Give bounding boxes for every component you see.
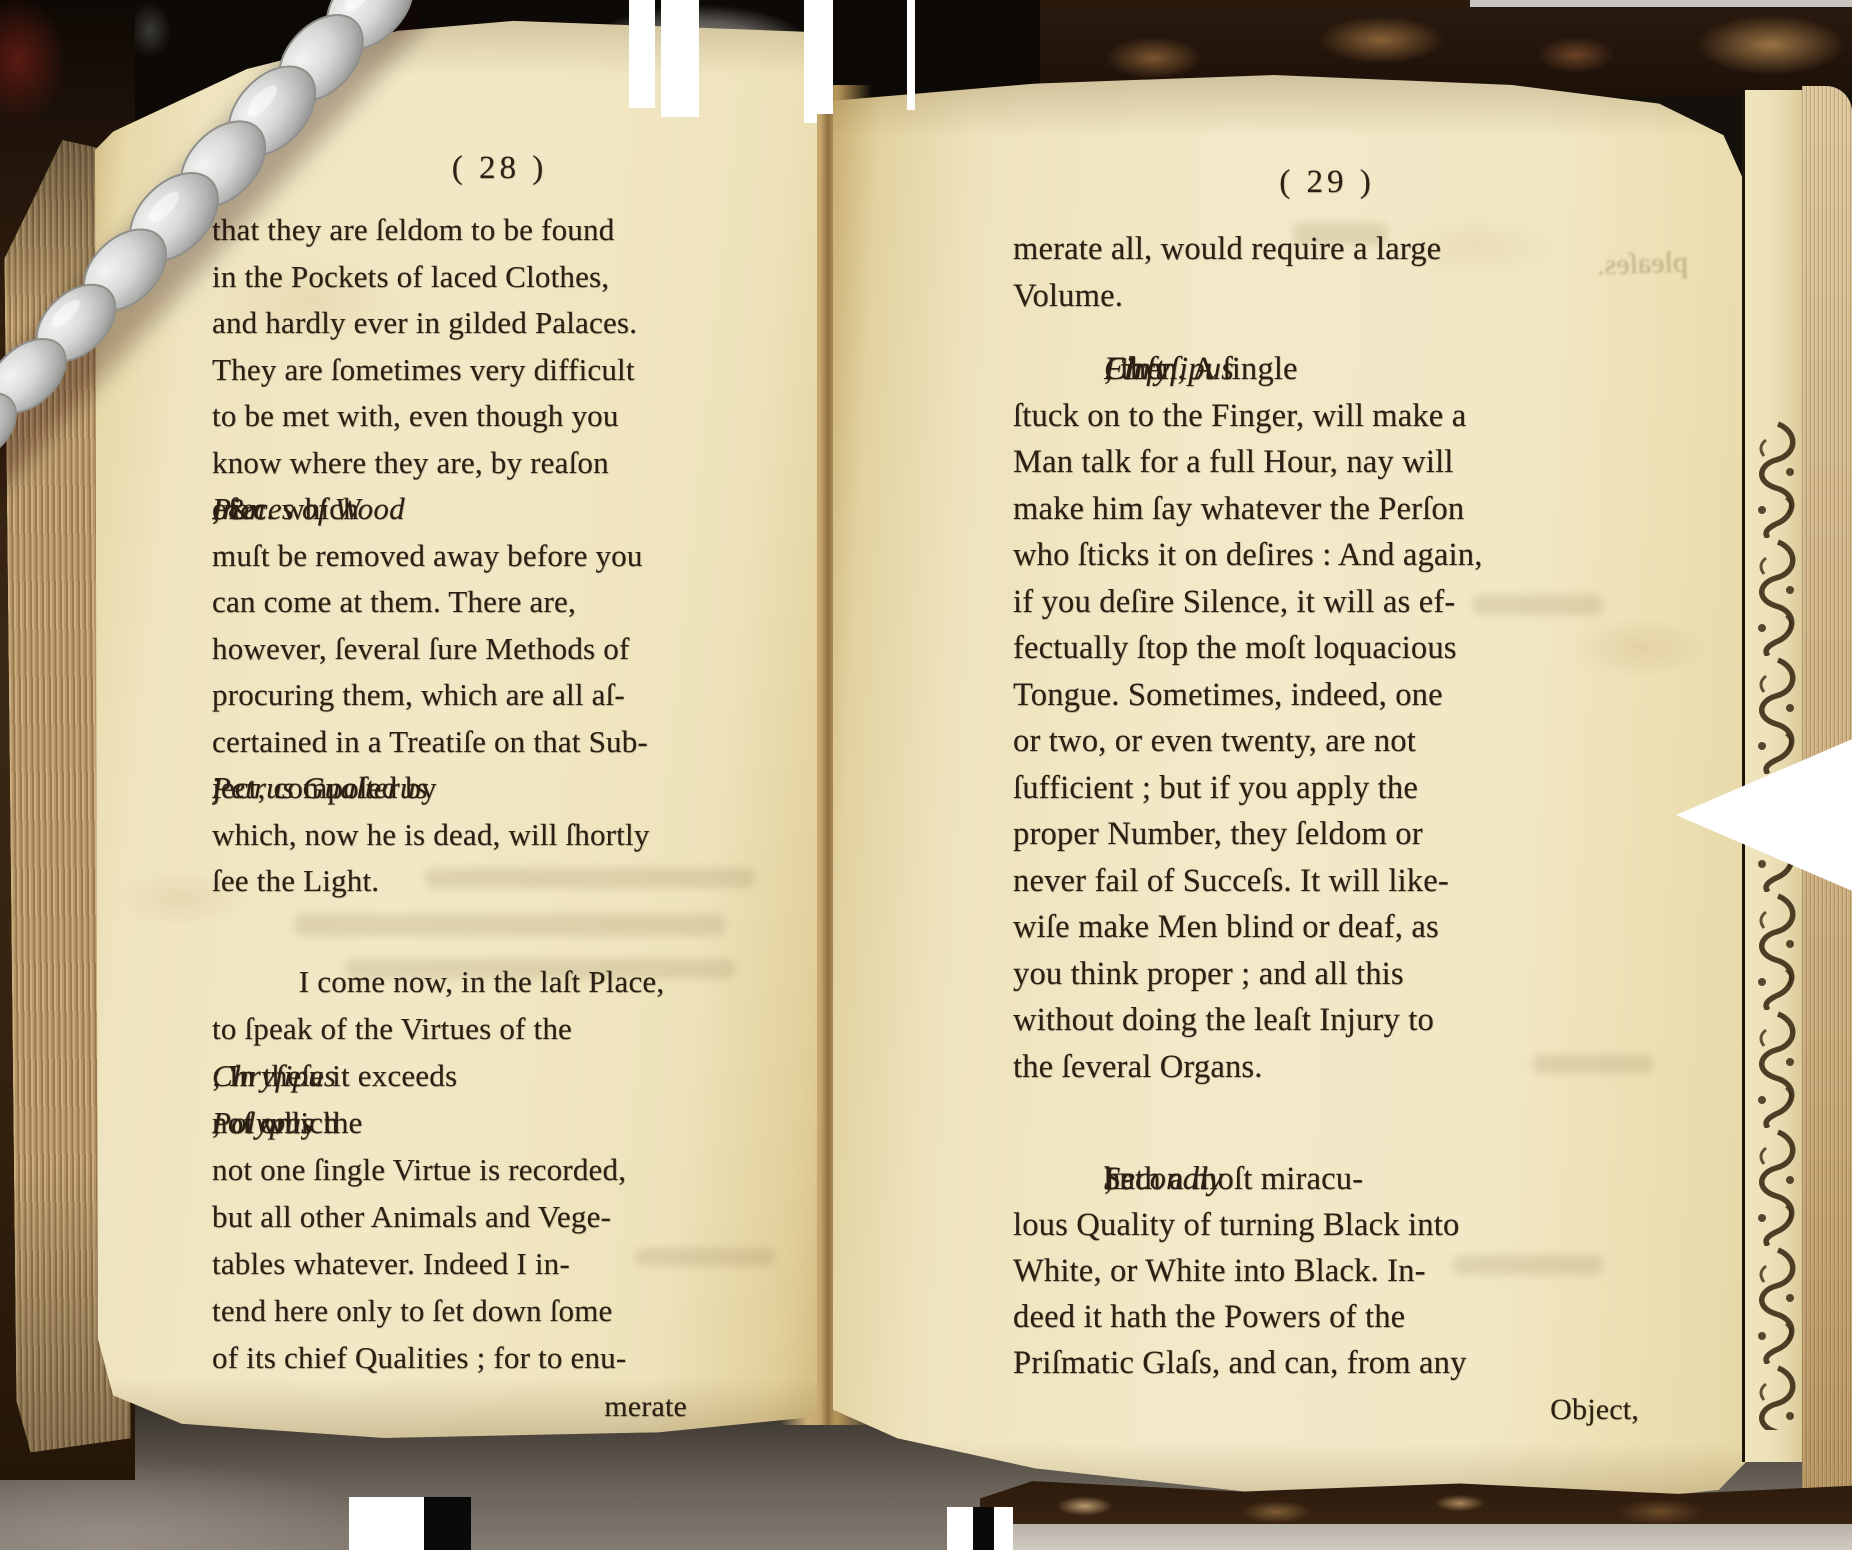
scan-artifact-white bbox=[349, 1497, 424, 1550]
fore-edge-ornament-border bbox=[1750, 420, 1800, 1430]
page-number-right: ( 29 ) bbox=[1013, 162, 1641, 206]
text-line: not one ſingle Virtue is recorded, bbox=[212, 1146, 787, 1193]
scan-artifact-white bbox=[804, 114, 817, 123]
paragraph: Secondly, It hath a moſt miracu-lous Qua… bbox=[1013, 1156, 1641, 1386]
text-line: to ſpeak of the Virtues of the bbox=[212, 1005, 787, 1052]
table-surface-strip bbox=[980, 1524, 1852, 1550]
paragraph: I come now, in the laſt Place,to ſpeak o… bbox=[212, 958, 787, 1381]
text-line: the ſeveral Organs. bbox=[1013, 1044, 1641, 1091]
text-column: merate all, would require a largeVolume.… bbox=[1013, 226, 1641, 1386]
text-line: Volume. bbox=[1013, 273, 1641, 320]
text-line: Firſt, then, A ſingle Chryſipus bbox=[1013, 346, 1641, 393]
text-line: ſtuck on to the Finger, will make a bbox=[1013, 393, 1641, 440]
text-line: tables whatever. Indeed I in- bbox=[212, 1240, 787, 1287]
text-line: merate all, would require a large bbox=[1013, 226, 1641, 273]
scan-artifact-white bbox=[629, 0, 655, 108]
scan-artifact-white bbox=[907, 0, 915, 110]
scan-artifact-white bbox=[661, 0, 699, 117]
right-page: pleaſes. ( 29 ) merate all, would requir… bbox=[833, 75, 1751, 1507]
bookmark-cord bbox=[0, 0, 475, 530]
text-line: Tongue. Sometimes, indeed, one bbox=[1013, 672, 1641, 719]
text-line: or two, or even twenty, are not bbox=[1013, 718, 1641, 765]
scan-edge-highlight bbox=[1470, 0, 1852, 7]
text-line: ſee the Light. bbox=[212, 858, 787, 905]
text-line: deed it hath the Powers of the bbox=[1013, 1294, 1641, 1340]
text-line: ject, compoſed by Petrus Gualterus, bbox=[212, 765, 787, 812]
text-line: which, now he is dead, will ſhortly bbox=[212, 812, 787, 859]
text-line: certained in a Treatiſe on that Sub- bbox=[212, 719, 787, 766]
text-line: but all other Animals and Vege- bbox=[212, 1193, 787, 1240]
text-line: fectually ſtop the moſt loquacious bbox=[1013, 625, 1641, 672]
text-line: Chryſipus ; In theſe it exceeds bbox=[212, 1052, 787, 1099]
text-line: Priſmatic Glaſs, and can, from any bbox=[1013, 1340, 1641, 1386]
text-line: of its chief Qualities ; for to enu- bbox=[212, 1334, 787, 1381]
text-line: procuring them, which are all aſ- bbox=[212, 672, 787, 719]
catchword-left: merate bbox=[212, 1387, 787, 1427]
scan-artifact-white bbox=[804, 0, 833, 114]
text-line: however, ſeveral ſure Methods of bbox=[212, 626, 787, 673]
scan-artifact-white bbox=[947, 1507, 973, 1550]
text-line: muſt be removed away before you bbox=[212, 533, 787, 580]
text-line: ſufficient ; but if you apply the bbox=[1013, 765, 1641, 812]
scan-artifact-black bbox=[973, 1507, 994, 1550]
text-line: you think proper ; and all this bbox=[1013, 951, 1641, 998]
text-line: Secondly, It hath a moſt miracu- bbox=[1013, 1156, 1641, 1202]
text-line: if you deſire Silence, it will as ef- bbox=[1013, 579, 1641, 626]
text-line: tend here only to ſet down ſome bbox=[212, 1287, 787, 1334]
scan-artifact-white bbox=[994, 1507, 1013, 1550]
scan-artifact-black bbox=[424, 1497, 471, 1550]
text-line: not only the Polypus, of which bbox=[212, 1099, 787, 1146]
text-line: can come at them. There are, bbox=[212, 579, 787, 626]
text-line: never fail of Succeſs. It will like- bbox=[1013, 858, 1641, 905]
book-scan-photo: ( 28 ) that they are ſeldom to be foundi… bbox=[0, 0, 1852, 1550]
text-line: White, or White into Black. In- bbox=[1013, 1248, 1641, 1294]
paragraph: merate all, would require a largeVolume. bbox=[1013, 226, 1641, 320]
catchword-right: Object, bbox=[1013, 1390, 1641, 1430]
text-line: Man talk for a full Hour, nay will bbox=[1013, 439, 1641, 486]
text-line: who ſticks it on deſires : And again, bbox=[1013, 532, 1641, 579]
text-line: make him ſay whatever the Perſon bbox=[1013, 486, 1641, 533]
text-line: wiſe make Men blind or deaf, as bbox=[1013, 904, 1641, 951]
text-line: I come now, in the laſt Place, bbox=[212, 958, 787, 1005]
text-line: proper Number, they ſeldom or bbox=[1013, 811, 1641, 858]
paragraph: Firſt, then, A ſingle Chryſipusſtuck on … bbox=[1013, 346, 1641, 1090]
right-text-column: ( 29 ) merate all, would require a large… bbox=[1013, 162, 1641, 1430]
text-line: lous Quality of turning Black into bbox=[1013, 1202, 1641, 1248]
text-line: without doing the leaſt Injury to bbox=[1013, 997, 1641, 1044]
